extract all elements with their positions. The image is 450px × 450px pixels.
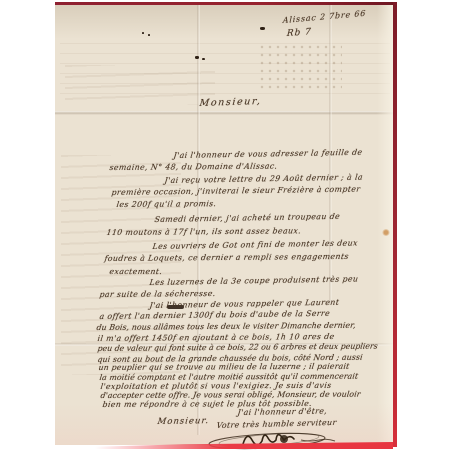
body-line: J'ai reçu votre lettre du 29 Août dernie…: [164, 174, 363, 185]
closing-formula: J'ai l'honneur d'être,: [237, 407, 328, 416]
body-line: peu de valeur qui font suite à ce bois, …: [97, 343, 378, 353]
closing-address: Monsieur.: [157, 417, 210, 426]
ink-speck: [142, 32, 144, 34]
reference-mark: Rb 7: [286, 28, 312, 39]
body-line: J'ai l'honneur de vous adresser la feuil…: [173, 149, 363, 160]
body-line: exactement.: [109, 268, 163, 276]
ink-speck: [202, 58, 205, 60]
letter-paper: Alissac 2 7bre 66Rb 7Monsieur,J'ai l'hon…: [55, 5, 393, 445]
body-line: première occasion, j'inviterai le sieur …: [111, 186, 361, 197]
letter-photo: Alissac 2 7bre 66Rb 7Monsieur,J'ai l'hon…: [55, 2, 397, 447]
body-line: foudres à Loquets, ce dernier a rempli s…: [104, 253, 349, 263]
body-line: les 200f qu'il a promis.: [116, 200, 217, 209]
body-line: semaine, N° 48, du Domaine d'Alissac.: [109, 163, 278, 172]
ink-speck: [148, 34, 150, 36]
body-line: par suite de la sécheresse.: [99, 290, 216, 299]
body-line: a offert l'an dernier 1300f du bois d'au…: [99, 310, 331, 321]
body-line: Les ouvriers de Got ont fini de monter l…: [152, 239, 358, 250]
ink-speck: [260, 27, 265, 30]
salutation: Monsieur,: [199, 97, 262, 109]
ink-speck: [195, 56, 199, 59]
horizontal-fold-line: [55, 111, 393, 115]
foxing-stain: [382, 229, 390, 236]
body-line: Les luzernes de la 3e coupe produisent t…: [149, 275, 359, 286]
body-line: du Bois, nous allâmes tous les deux le v…: [96, 322, 356, 332]
body-line: Samedi dernier, j'ai acheté un troupeau …: [154, 213, 341, 224]
red-mat-right-edge: [393, 2, 397, 447]
body-line: un peuplier qui se trouve au milieu de l…: [98, 363, 350, 372]
body-line: 110 moutons à 17f l'un, ils sont assez b…: [106, 227, 302, 237]
letter-photo-page: Alissac 2 7bre 66Rb 7Monsieur,J'ai l'hon…: [0, 0, 450, 450]
show-through-writing: [65, 65, 215, 105]
paper-right-edge-highlight: [377, 5, 393, 445]
